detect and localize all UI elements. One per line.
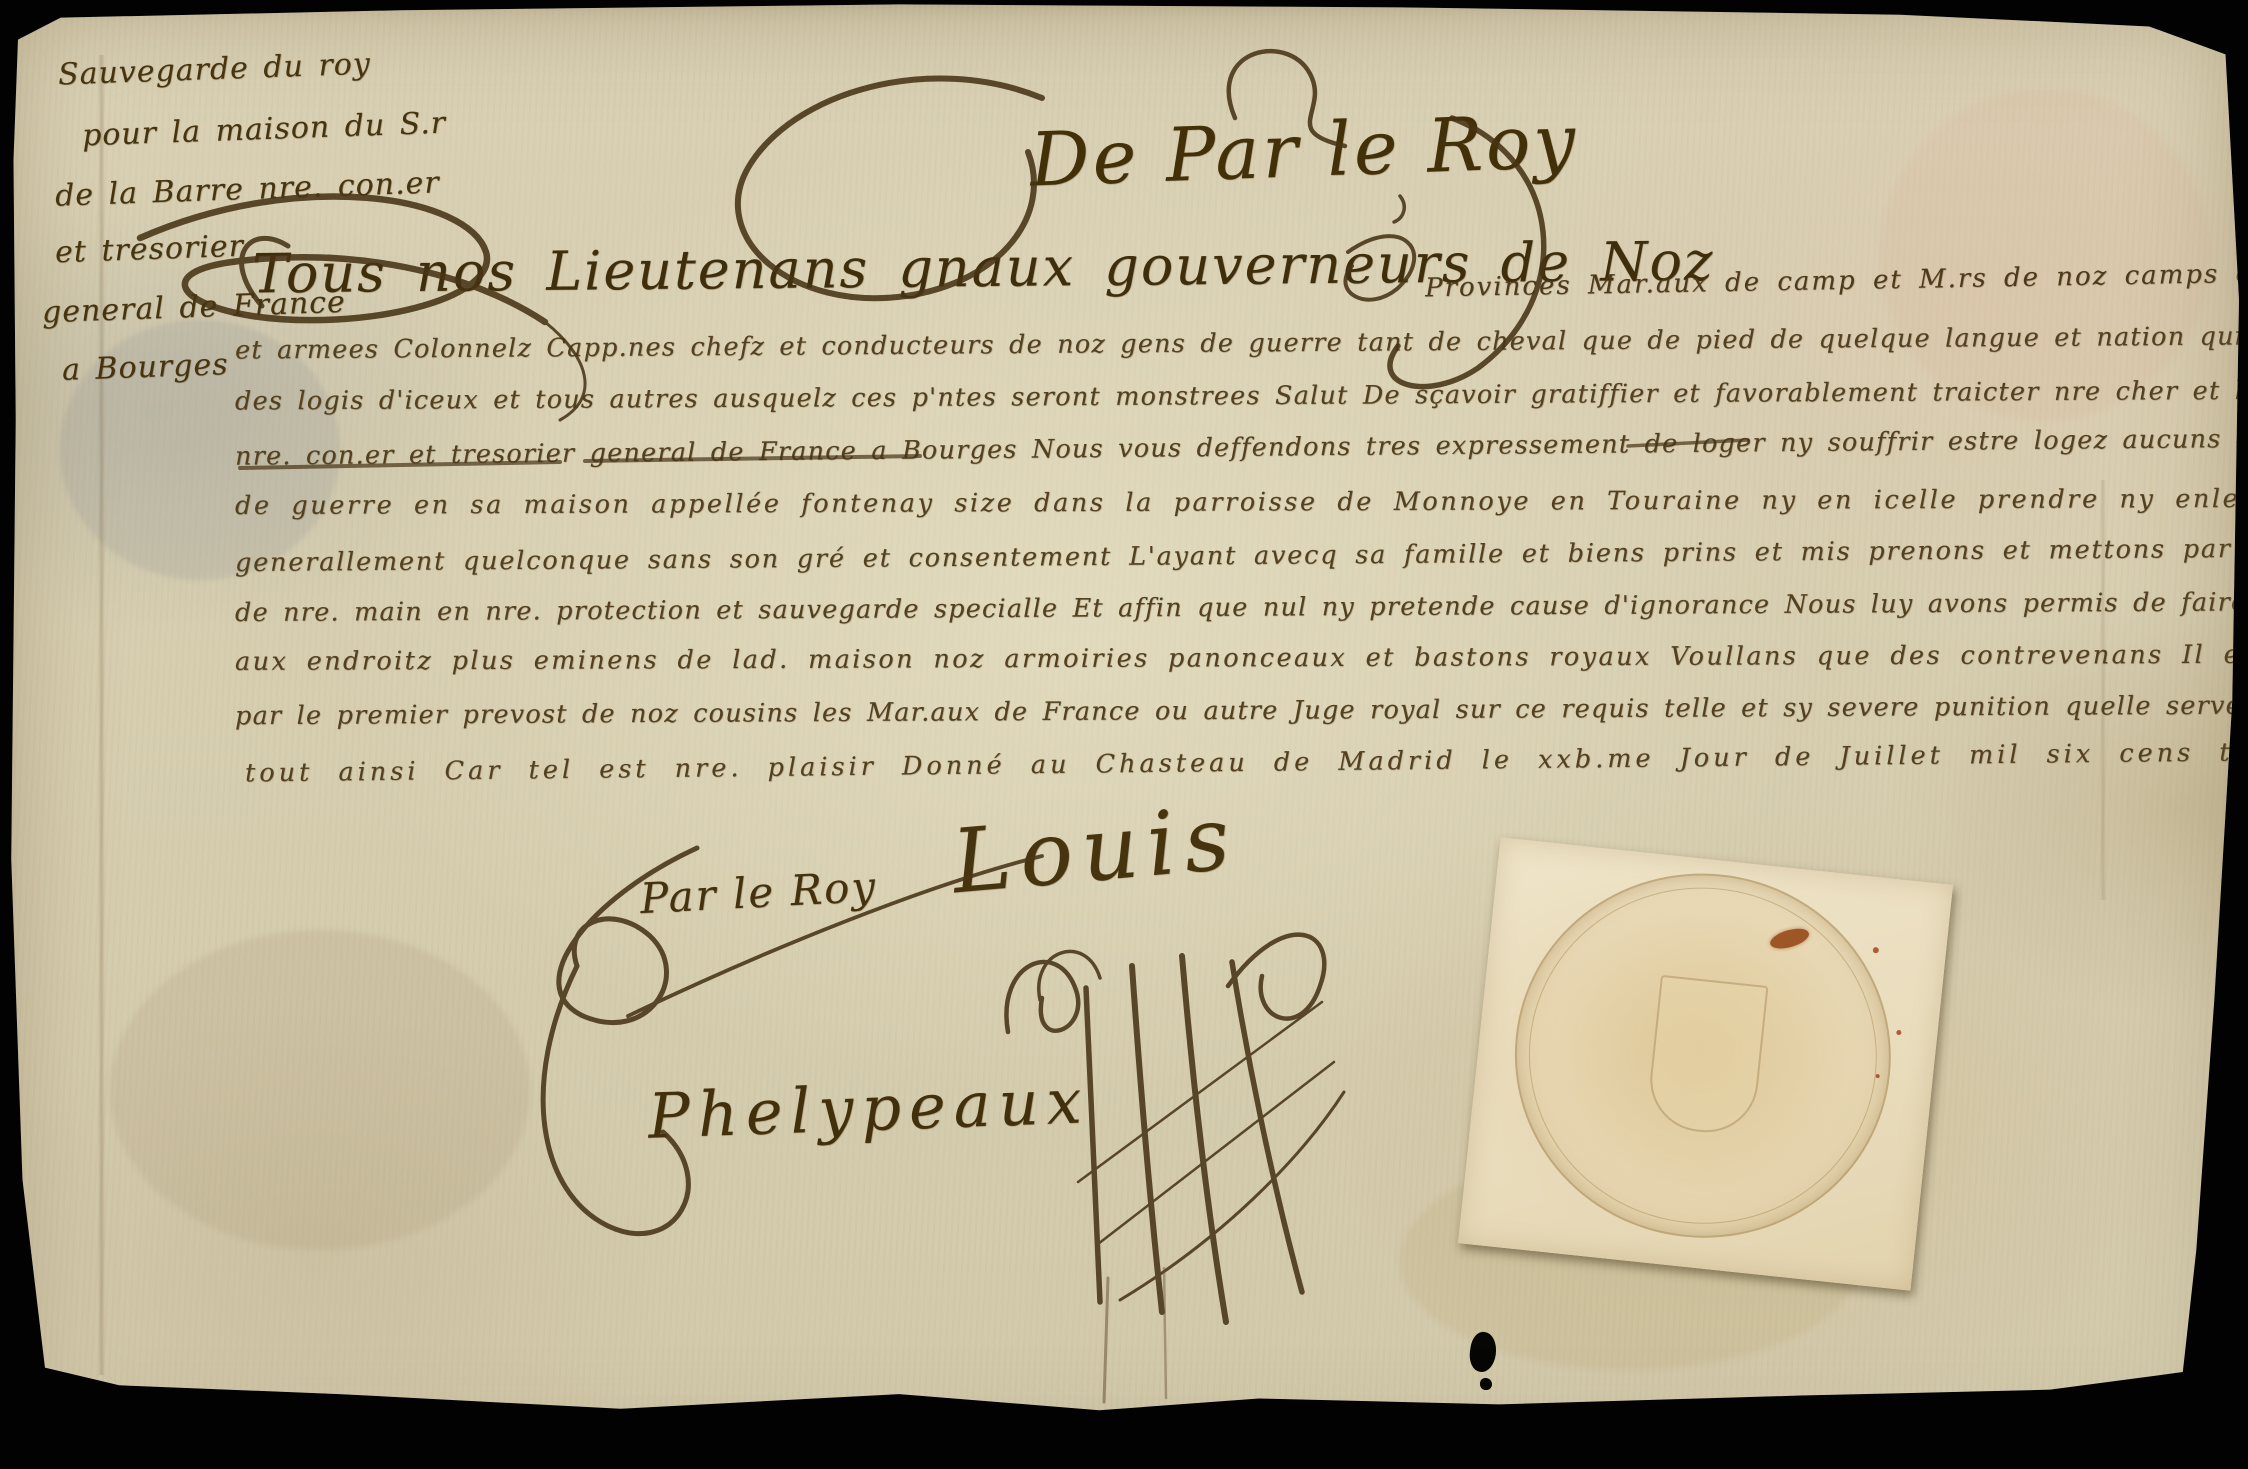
body-line: de nre. main en nre. protection et sauve… <box>235 586 2248 628</box>
body-line: nre. con.er et tresorier general de Fran… <box>235 422 2248 471</box>
marginalia-line: et tresorier <box>54 229 244 271</box>
king-signature: Louis <box>948 786 1242 914</box>
marginalia-line: pour la maison du S.r <box>82 106 447 154</box>
paraph-cross-3 <box>1120 1092 1344 1300</box>
marginalia-line: a Bourges <box>61 347 229 388</box>
seal-speck <box>1873 947 1880 954</box>
body-line: tout ainsi Car tel est nre. plaisir Donn… <box>245 736 2248 789</box>
paraph-cross-2 <box>1098 1062 1334 1244</box>
body-line: aux endroitz plus eminens de lad. maison… <box>235 639 2248 677</box>
seal-impression <box>1497 855 1909 1256</box>
scanned-document: Sauvegarde du roy pour la maison du S.r … <box>0 0 2248 1469</box>
parchment-hole <box>1467 1330 1498 1373</box>
paraph-fan-3 <box>1182 956 1226 1322</box>
paraph-fan-top-loop <box>1228 935 1324 1019</box>
document-header: De Par le Roy <box>1029 98 1580 203</box>
seal-speck <box>1896 1030 1901 1035</box>
paraph-fan-4 <box>1232 962 1302 1292</box>
body-line: generallement quelconque sans son gré et… <box>235 532 2248 578</box>
paraph-knot-2 <box>1039 951 1100 1000</box>
bottom-crease-2 <box>1164 1268 1166 1398</box>
stain-bottom-left <box>110 930 530 1250</box>
parchment-hole-small <box>1480 1378 1492 1390</box>
paraph-knot <box>1006 962 1078 1032</box>
body-line: de guerre en sa maison appellée fontenay… <box>235 483 2248 521</box>
noz-comma <box>1394 196 1404 222</box>
paraph-fan-2 <box>1132 966 1162 1312</box>
paraph-fan-1 <box>1086 988 1100 1302</box>
body-line: par le premier prevost de noz cousins le… <box>235 689 2248 731</box>
paraph-cross-1 <box>1078 1002 1322 1182</box>
marginalia-line: Sauvegarde du roy <box>57 47 371 93</box>
par-le-roy-label: Par le Roy <box>639 862 878 923</box>
royal-paper-seal <box>1458 837 1953 1290</box>
parchment-sheet: Sauvegarde du roy pour la maison du S.r … <box>0 0 2248 1469</box>
stain-right-top <box>1880 90 2210 420</box>
secretary-signature: Phelypeaux <box>647 1064 1091 1152</box>
body-line: des logis d'iceux et tous autres ausquel… <box>235 374 2248 417</box>
body-line: et armees Colonnelz Capp.nes chefz et co… <box>235 318 2248 365</box>
bottom-crease-1 <box>1104 1278 1108 1402</box>
marginalia-line: de la Barre nre. con.er <box>55 165 441 213</box>
